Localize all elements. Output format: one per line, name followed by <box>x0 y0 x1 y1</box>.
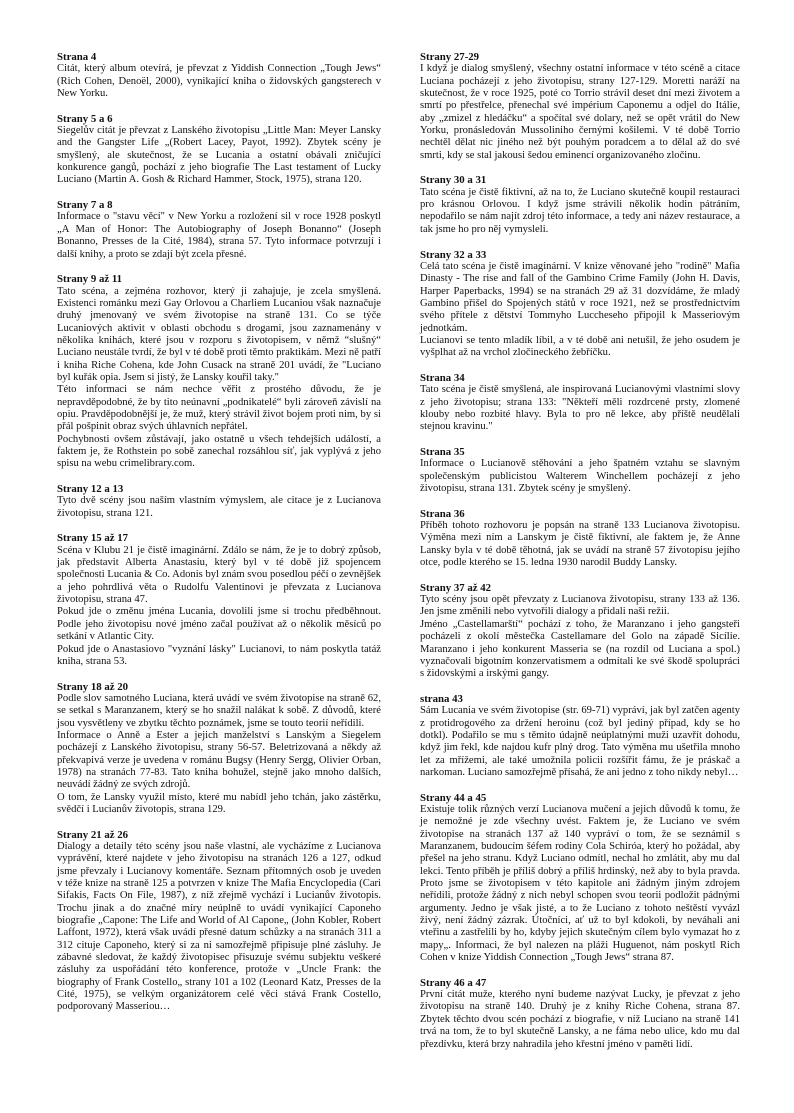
note-section: Strany 9 až 11Tato scéna, a zejména rozh… <box>57 273 381 471</box>
section-paragraph: Jméno „Castellamarští“ pochází z toho, ž… <box>420 619 740 681</box>
section-heading: Strany 44 a 45 <box>420 792 740 804</box>
right-column: Strany 27-29I když je dialog smyšlený, v… <box>420 51 740 1063</box>
section-paragraph: Informace o Anně a Ester a jejich manžel… <box>57 730 381 792</box>
section-paragraph: Lucianovi se tento mladík líbil, a v té … <box>420 335 740 360</box>
section-heading: Strany 37 až 42 <box>420 582 740 594</box>
section-paragraph: Této informaci se nám nechce věřit z pro… <box>57 384 381 433</box>
note-section: Strany 44 a 45Existuje tolik různých ver… <box>420 792 740 965</box>
section-heading: Strana 4 <box>57 51 381 63</box>
section-paragraph: Tato scéna je čistě smyšlená, ale inspir… <box>420 384 740 433</box>
section-paragraph: Sám Lucania ve svém životopise (str. 69-… <box>420 705 740 779</box>
section-paragraph: Pokud jde o Anastasiovo "vyznání lásky" … <box>57 644 381 669</box>
note-section: Strany 32 a 33Celá tato scéna je čistě i… <box>420 249 740 360</box>
section-heading: Strany 15 až 17 <box>57 532 381 544</box>
note-section: Strana 36Příběh tohoto rozhovoru je pops… <box>420 508 740 570</box>
section-heading: Strany 46 a 47 <box>420 977 740 989</box>
note-section: Strana 4Citát, který album otevírá, je p… <box>57 51 381 100</box>
section-paragraph: Citát, který album otevírá, je převzat z… <box>57 63 381 100</box>
section-paragraph: Pochybnosti ovšem zůstávají, jako ostatn… <box>57 434 381 471</box>
section-heading: Strany 32 a 33 <box>420 249 740 261</box>
section-heading: strana 43 <box>420 693 740 705</box>
section-heading: Strany 30 a 31 <box>420 174 740 186</box>
note-section: Strany 7 a 8Informace o "stavu věcí" v N… <box>57 199 381 261</box>
section-paragraph: Siegelův citát je převzat z Lanského živ… <box>57 125 381 187</box>
left-column: Strana 4Citát, který album otevírá, je p… <box>57 51 381 1026</box>
section-paragraph: Existuje tolik různých verzí Lucianova m… <box>420 804 740 964</box>
note-section: Strany 21 až 26Dialogy a detaily této sc… <box>57 829 381 1014</box>
section-paragraph: Tato scéna je čistě fiktivní, až na to, … <box>420 187 740 236</box>
section-heading: Strana 36 <box>420 508 740 520</box>
section-paragraph: První citát muže, kterého nyní budeme na… <box>420 989 740 1051</box>
section-paragraph: I když je dialog smyšlený, všechny ostat… <box>420 63 740 162</box>
section-paragraph: Pokud jde o změnu jména Lucania, dovolil… <box>57 606 381 643</box>
note-section: Strany 46 a 47První citát muže, kterého … <box>420 977 740 1051</box>
note-section: Strana 34Tato scéna je čistě smyšlená, a… <box>420 372 740 434</box>
section-heading: Strany 12 a 13 <box>57 483 381 495</box>
section-heading: Strana 34 <box>420 372 740 384</box>
note-section: Strana 35Informace o Lucianově stěhování… <box>420 446 740 495</box>
note-section: Strany 18 až 20Podle slov samotného Luci… <box>57 681 381 817</box>
section-paragraph: Tyto scény jsou opět převzaty z Lucianov… <box>420 594 740 619</box>
note-section: Strany 15 až 17Scéna v Klubu 21 je čistě… <box>57 532 381 668</box>
note-section: Strany 12 a 13Tyto dvě scény jsou naším … <box>57 483 381 520</box>
section-paragraph: Scéna v Klubu 21 je čistě imaginární. Zd… <box>57 545 381 607</box>
section-heading: Strany 9 až 11 <box>57 273 381 285</box>
section-heading: Strany 18 až 20 <box>57 681 381 693</box>
section-heading: Strany 7 a 8 <box>57 199 381 211</box>
section-paragraph: Tyto dvě scény jsou naším vlastním výmys… <box>57 495 381 520</box>
section-paragraph: O tom, že Lansky využil místo, které mu … <box>57 792 381 817</box>
section-paragraph: Příběh tohoto rozhovoru je popsán na str… <box>420 520 740 569</box>
document-page: Strana 4Citát, který album otevírá, je p… <box>0 0 794 1113</box>
section-paragraph: Celá tato scéna je čistě imaginární. V k… <box>420 261 740 335</box>
section-paragraph: Informace o Lucianově stěhování a jeho š… <box>420 458 740 495</box>
section-paragraph: Tato scéna, a zejména rozhovor, který ji… <box>57 286 381 385</box>
section-paragraph: Dialogy a detaily této scény jsou naše v… <box>57 841 381 1014</box>
section-heading: Strana 35 <box>420 446 740 458</box>
section-heading: Strany 27-29 <box>420 51 740 63</box>
section-heading: Strany 21 až 26 <box>57 829 381 841</box>
note-section: Strany 37 až 42Tyto scény jsou opět přev… <box>420 582 740 681</box>
section-paragraph: Podle slov samotného Luciana, která uvád… <box>57 693 381 730</box>
section-heading: Strany 5 a 6 <box>57 113 381 125</box>
section-paragraph: Informace o "stavu věcí" v New Yorku a r… <box>57 211 381 260</box>
note-section: Strany 5 a 6Siegelův citát je převzat z … <box>57 113 381 187</box>
note-section: strana 43Sám Lucania ve svém životopise … <box>420 693 740 779</box>
note-section: Strany 27-29I když je dialog smyšlený, v… <box>420 51 740 162</box>
note-section: Strany 30 a 31Tato scéna je čistě fiktiv… <box>420 174 740 236</box>
